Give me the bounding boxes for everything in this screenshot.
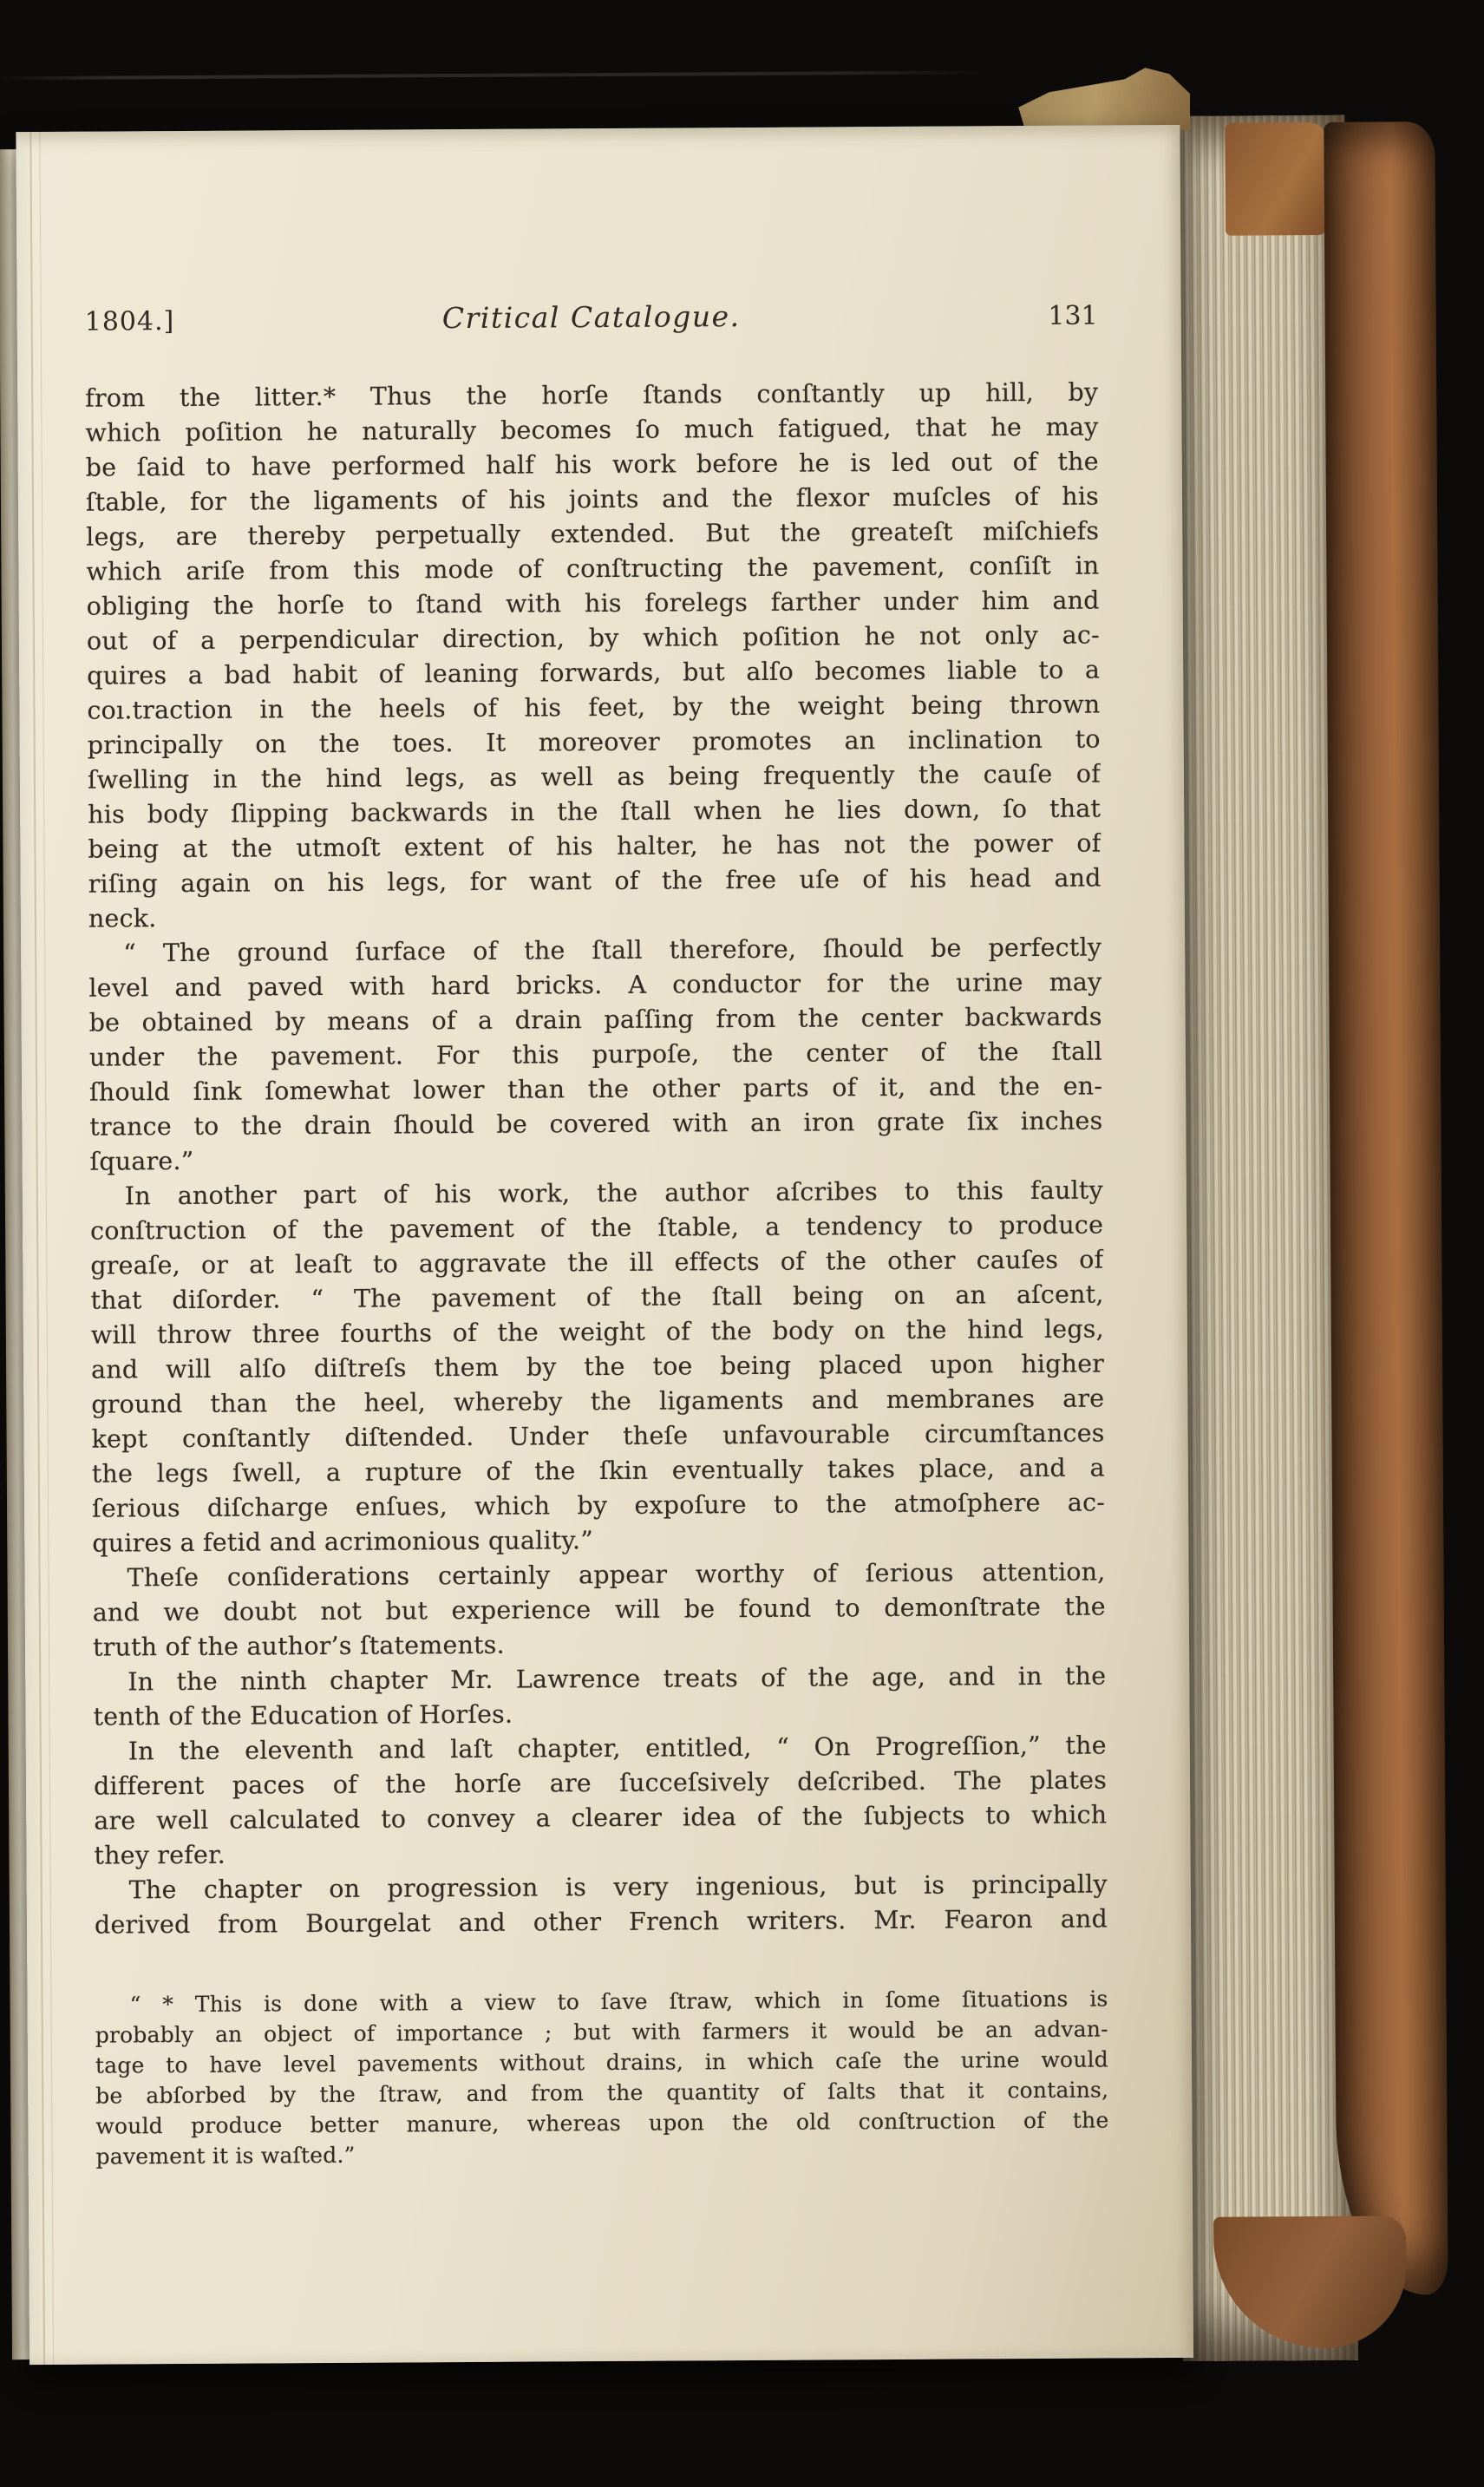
background-edge-line [0, 70, 990, 80]
body-line: “ The ground ſurface of the ſtall theref… [88, 931, 1102, 972]
body-line: from the litter.* Thus the horſe ſtands … [85, 376, 1098, 416]
body-line: legs, are thereby perpetually extended. … [86, 514, 1099, 555]
cover-corner-curl [1018, 68, 1190, 131]
leather-cover-edge [1324, 121, 1448, 2295]
body-line: which ariſe from this mode of conſtructi… [86, 549, 1099, 590]
body-line: In the eleventh and laſt chapter, entitl… [94, 1728, 1107, 1769]
body-line: The chapter on progression is very ingen… [95, 1867, 1108, 1908]
body-line: kept conſtantly diſtended. Under theſe u… [91, 1417, 1104, 1457]
body-line: and we doubt not but experience will be … [93, 1589, 1106, 1630]
body-line: ground than the heel, whereby the ligame… [91, 1382, 1104, 1423]
body-line: quires a bad habit of leaning forwards, … [87, 653, 1100, 694]
body-line: conſtruction of the pavement of the ſtab… [90, 1208, 1103, 1249]
body-line: are well calculated to convey a clearer … [94, 1797, 1107, 1838]
body-line: principally on the toes. It moreover pro… [88, 723, 1101, 763]
body-line: truth of the author’s ſtatements. [93, 1624, 1106, 1665]
body-line: his body ſlipping backwards in the ſtall… [88, 792, 1101, 833]
body-line: neck. [88, 896, 1102, 937]
body-line: and will alſo diſtreſs them by the toe b… [91, 1347, 1104, 1388]
body-line: derived from Bourgelat and other French … [95, 1901, 1108, 1942]
footnote-line: pavement it is waſted.” [96, 2135, 1109, 2171]
header-page-number: 131 [916, 301, 1098, 332]
header-year: 1804.] [85, 305, 267, 337]
body-line: which poſition he naturally becomes ſo m… [85, 410, 1098, 451]
body-line: In another part of his work, the author … [90, 1174, 1103, 1214]
body-line: be ſaid to have performed half his work … [86, 445, 1099, 486]
body-line: under the pavement. For this purpoſe, th… [89, 1035, 1102, 1076]
book-photo: 1804.] Critical Catalogue. 131 from the … [0, 0, 1484, 2487]
body-line: obliging the horſe to ſtand with his for… [87, 584, 1100, 625]
footnote: “ * This is done with a view to ſave ſtr… [95, 1983, 1108, 2171]
body-line: greaſe, or at leaſt to aggravate the ill… [90, 1243, 1103, 1284]
body-text: from the litter.* Thus the horſe ſtands … [85, 376, 1108, 1943]
body-line: quires a fetid and acrimonious quality.” [92, 1520, 1105, 1561]
body-line: ſwelling in the hind legs, as well as be… [88, 757, 1101, 798]
running-header: 1804.] Critical Catalogue. 131 [85, 298, 1098, 337]
body-line: level and paved with hard bricks. A cond… [88, 965, 1102, 1006]
body-line: will throw three fourths of the weight o… [91, 1312, 1104, 1353]
body-line: trance to the drain ſhould be covered wi… [89, 1104, 1102, 1145]
body-line: ſquare.” [89, 1139, 1102, 1180]
body-line: tenth of the Education of Horſes. [93, 1693, 1106, 1734]
body-line: out of a perpendicular direction, by whi… [87, 618, 1100, 659]
body-line: ſhould ſink ſomewhat lower than the othe… [89, 1070, 1102, 1110]
body-line: coı.traction in the heels of his feet, b… [87, 688, 1100, 729]
body-line: ſerious diſcharge enſues, which by expoſ… [92, 1486, 1105, 1527]
book-page: 1804.] Critical Catalogue. 131 from the … [16, 125, 1193, 2365]
body-line: riſing again on his legs, for want of th… [88, 861, 1102, 902]
header-title: Critical Catalogue. [267, 298, 916, 337]
leather-corner-patch [1225, 122, 1328, 236]
body-line: that diſorder. “ The pavement of the ſta… [90, 1278, 1103, 1319]
body-line: different paces of the horſe are ſucceſs… [94, 1763, 1107, 1803]
body-line: they refer. [94, 1832, 1107, 1873]
body-line: In the ninth chapter Mr. Lawrence treats… [93, 1659, 1106, 1699]
body-line: be obtained by means of a drain paſſing … [89, 1000, 1102, 1041]
body-line: ſtable, for the ligaments of his joints … [86, 480, 1099, 520]
footnote-line: would produce better manure, whereas upo… [95, 2104, 1108, 2141]
body-line: the legs ſwell, a rupture of the ſkin ev… [92, 1451, 1105, 1492]
